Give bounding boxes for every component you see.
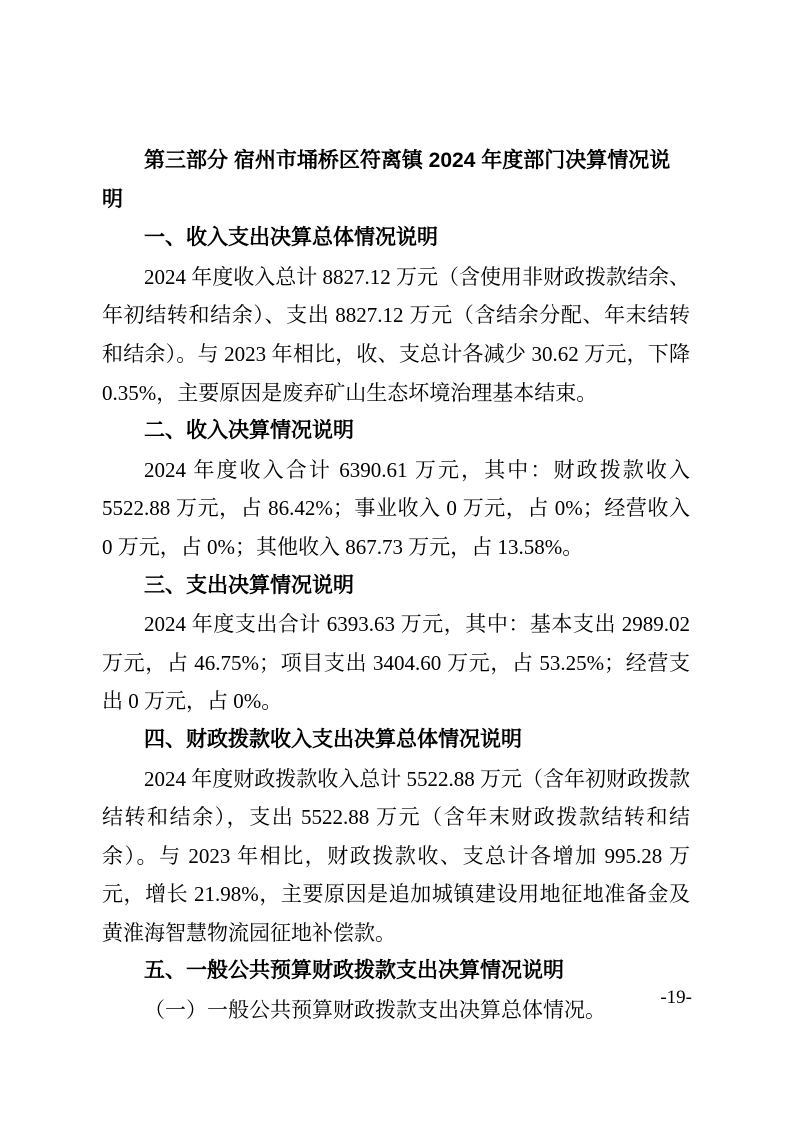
section-heading-3: 三、支出决算情况说明 [102,567,690,606]
page-content: 第三部分 宿州市埇桥区符离镇 2024 年度部门决算情况说明 一、收入支出决算总… [102,142,690,1030]
page-number: -19- [660,985,692,1011]
section-paragraph-3: 2024 年度支出合计 6393.63 万元，其中：基本支出 2989.02 万… [102,605,690,721]
document-title: 第三部分 宿州市埇桥区符离镇 2024 年度部门决算情况说明 [102,142,690,219]
section-heading-4: 四、财政拨款收入支出决算总体情况说明 [102,721,690,760]
section-heading-5: 五、一般公共预算财政拨款支出决算情况说明 [102,952,690,991]
section-heading-2: 二、收入决算情况说明 [102,412,690,451]
section-paragraph-2: 2024 年度收入合计 6390.61 万元，其中：财政拨款收入 5522.88… [102,451,690,567]
document-page: { "page": { "title": "第三部分 宿州市埇桥区符离镇 202… [0,0,793,1122]
section-subheading-5-1: （一）一般公共预算财政拨款支出决算总体情况。 [102,991,690,1030]
section-paragraph-4: 2024 年度财政拨款收入总计 5522.88 万元（含年初财政拨款结转和结余）… [102,760,690,953]
section-heading-1: 一、收入支出决算总体情况说明 [102,219,690,258]
section-paragraph-1: 2024 年度收入总计 8827.12 万元（含使用非财政拨款结余、年初结转和结… [102,258,690,412]
